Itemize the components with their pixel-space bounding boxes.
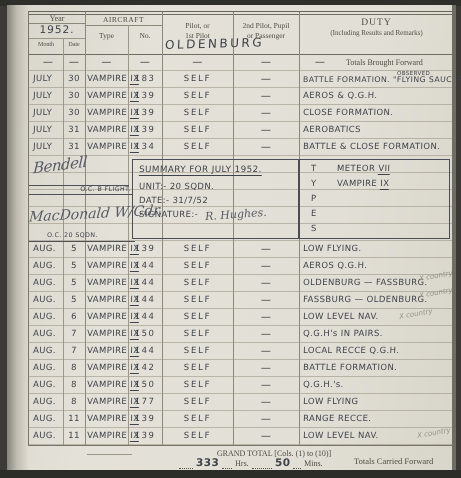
aircraft-no-cell: 139 [129,428,162,445]
summary-date: DATE:- 31/7/52 [139,196,208,206]
duty-subheader: (Including Results and Remarks) [299,29,454,37]
duty-cell: AEROS & Q.G.H. [303,88,454,105]
pilot-cell: SELF [162,258,234,275]
aircraft-type-entry: METEOR VII [337,164,391,174]
dotted-leader [252,459,272,469]
duty-cell: RANGE RECCE. [303,411,454,428]
log-row: AUG. 5 VAMPIRE IX 144 SELF — AEROS Q.G.H… [29,258,454,275]
date-cell: 7 [63,343,86,360]
month-cell: AUG. [33,241,64,258]
aircraft-no-cell: 134 [129,139,162,156]
log-row: AUG. 7 VAMPIRE IX 150 SELF — Q.G.H's IN … [29,326,454,343]
month-cell: JULY [33,122,64,139]
date-cell: 5 [63,258,86,275]
log-row: AUG. 8 VAMPIRE IX 150 SELF — Q.G.H.'s. [29,377,454,394]
dash: — [63,54,86,71]
summary-signature: R. Hughes. [205,206,267,223]
totals-brought-forward-row: — — — — — — — Totals Brought Forward [29,54,454,71]
pilot-cell: SELF [162,394,234,411]
log-row: JULY 30 VAMPIRE IX 139 SELF — CLOSE FORM… [29,105,454,122]
totals-brought-forward-label: Totals Brought Forward [346,54,451,71]
duty-cell: LOW FLYING [303,394,454,411]
grand-total-values: 333 Hrs. 50 Mins. [179,458,323,469]
dash: — [85,54,129,71]
aircraft-no-cell: 177 [129,394,162,411]
second-pilot-header-line1: 2nd Pilot, Pupil [233,21,299,30]
aircraft-no-cell: 144 [129,309,162,326]
dash: — [162,54,234,71]
aircraft-no-cell: 150 [129,326,162,343]
date-cell: 30 [63,88,86,105]
pilot-cell: SELF [162,411,234,428]
aircraft-no-cell: 139 [129,411,162,428]
month-cell: JULY [33,71,64,88]
aircraft-no-cell: 144 [129,258,162,275]
pilot-cell: SELF [162,139,234,156]
second-pilot-cell: — [233,360,300,377]
month-cell: AUG. [33,292,64,309]
aircraft-no-cell: 144 [129,275,162,292]
hours-unit-label: Hrs. [235,459,249,469]
log-row: JULY 31 VAMPIRE IX 134 SELF — BATTLE & C… [29,139,454,156]
aircraft-no-cell: 144 [129,292,162,309]
types-letter: Y [311,179,317,189]
grand-total-hours: 333 [196,458,220,469]
aircraft-no-cell: 142 [129,360,162,377]
date-cell: 30 [63,105,86,122]
month-cell: AUG. [33,360,64,377]
logbook-page: Year 1952. Month Date AIRCRAFT Type No. … [7,5,456,471]
pilot-cell: SELF [162,105,234,122]
date-cell: 8 [63,377,86,394]
duty-cell: BATTLE FORMATION. "FLYING SAUCER" [303,71,454,88]
date-cell: 5 [63,275,86,292]
aircraft-no-cell: 139 [129,122,162,139]
squadron-commander-title: O.C. 20 SQDN. [47,232,98,239]
no-header: No. [128,31,162,40]
log-row: AUG. 8 VAMPIRE IX 177 SELF — LOW FLYING [29,394,454,411]
duty-cell: AEROBATICS [303,122,454,139]
dotted-leader [179,459,193,469]
log-row: AUG. 5 VAMPIRE IX 139 SELF — LOW FLYING. [29,241,454,258]
second-pilot-cell: — [233,292,300,309]
second-pilot-cell: — [233,71,300,88]
aircraft-type-entry: VAMPIRE IX [337,179,390,189]
aircraft-header: AIRCRAFT [85,15,162,24]
second-pilot-cell: — [233,411,300,428]
totals-carried-forward-label: Totals Carried Forward [354,456,433,466]
month-header: Month [29,42,63,48]
date-cell: 31 [63,122,86,139]
pilot-cell: SELF [162,71,234,88]
log-row: AUG. 5 VAMPIRE IX 144 SELF — OLDENBURG —… [29,275,454,292]
summary-unit: UNIT:- 20 SQDN. [139,182,215,192]
pilot-cell: SELF [162,343,234,360]
second-pilot-cell: — [233,88,300,105]
month-cell: AUG. [33,428,64,445]
month-cell: AUG. [33,394,64,411]
pilot-cell: SELF [162,88,234,105]
month-cell: AUG. [33,309,64,326]
date-cell: 5 [63,292,86,309]
month-cell: AUG. [33,343,64,360]
dash: — [128,54,163,71]
log-table: Year 1952. Month Date AIRCRAFT Type No. … [28,11,455,446]
log-row: JULY 30 VAMPIRE IX 183 SELF — BATTLE FOR… [29,71,454,88]
duty-cell: CLOSE FORMATION. [303,105,454,122]
second-pilot-cell: — [233,394,300,411]
log-row: AUG. 8 VAMPIRE IX 142 SELF — BATTLE FORM… [29,360,454,377]
duty-cell: LOW FLYING. [303,241,454,258]
log-row: JULY 30 VAMPIRE IX 139 SELF — AEROS & Q.… [29,88,454,105]
second-pilot-cell: — [233,326,300,343]
second-pilot-cell: — [233,309,300,326]
types-letter: E [311,209,317,219]
second-pilot-cell: — [233,122,300,139]
duty-superscript: OBSERVED [397,70,430,78]
dash: — [233,54,300,71]
year-value: 1952. [29,24,85,36]
log-row: AUG. 6 VAMPIRE IX 144 SELF — LOW LEVEL N… [29,309,454,326]
month-cell: JULY [33,88,64,105]
flight-commander-title: O.C. B FLIGHT. [57,186,131,193]
log-row: AUG. 5 VAMPIRE IX 144 SELF — FASSBURG — … [29,292,454,309]
duty-cell: Q.G.H.'s. [303,377,454,394]
aircraft-no-cell: 139 [129,241,162,258]
aircraft-no-cell: 183 [129,71,162,88]
types-letter: T [311,164,317,174]
date-cell: 11 [63,411,86,428]
year-header: Year [29,14,85,23]
pilot-cell: SELF [162,326,234,343]
pilot-cell: SELF [162,292,234,309]
summary-box: SUMMARY FOR JULY 1952. UNIT:- 20 SQDN. D… [132,159,300,239]
pilot-cell: SELF [162,122,234,139]
second-pilot-cell: — [233,275,300,292]
types-letter: P [311,194,317,204]
pilot-cell: SELF [162,275,234,292]
aircraft-no-cell: 144 [129,343,162,360]
footer-rule [87,454,132,455]
types-letter: S [311,224,317,234]
pilot-cell: SELF [162,428,234,445]
second-pilot-cell: — [233,428,300,445]
aircraft-no-cell: 139 [129,88,162,105]
date-cell: 5 [63,241,86,258]
month-cell: AUG. [33,275,64,292]
month-cell: JULY [33,139,64,156]
pilot-cell: SELF [162,360,234,377]
dotted-leader [293,459,301,469]
second-pilot-cell: — [233,258,300,275]
date-cell: 11 [63,428,86,445]
month-cell: AUG. [33,377,64,394]
minutes-unit-label: Mins. [304,459,322,469]
duty-header: DUTY [299,18,454,28]
second-pilot-cell: — [233,105,300,122]
dash: — [305,54,336,71]
aircraft-no-cell: 150 [129,377,162,394]
date-cell: 8 [63,360,86,377]
duty-cell: BATTLE FORMATION. [303,360,454,377]
month-cell: AUG. [33,411,64,428]
dotted-leader [222,459,232,469]
summary-title: SUMMARY FOR JULY 1952. [139,165,262,176]
date-cell: 7 [63,326,86,343]
log-row: AUG. 11 VAMPIRE IX 139 SELF — LOW LEVEL … [29,428,454,445]
month-cell: AUG. [33,326,64,343]
duty-cell: LOCAL RECCE Q.G.H. [303,343,454,360]
summary-signature-label: SIGNATURE:- [139,210,198,220]
signature-underline [29,194,133,195]
grand-total-minutes: 50 [274,458,290,469]
second-pilot-cell: — [233,241,300,258]
pilot-header-line1: Pilot, or [162,21,233,30]
pilot-cell: SELF [162,377,234,394]
date-header: Date [63,42,85,48]
duty-cell: BATTLE & CLOSE FORMATION. [303,139,454,156]
second-pilot-header-line2: or Passenger [233,31,299,40]
second-pilot-cell: — [233,377,300,394]
month-cell: JULY [33,105,64,122]
date-cell: 6 [63,309,86,326]
logbook-photo: Year 1952. Month Date AIRCRAFT Type No. … [0,0,461,478]
aircraft-no-cell: 139 [129,105,162,122]
log-row: AUG. 7 VAMPIRE IX 144 SELF — LOCAL RECCE… [29,343,454,360]
type-header: Type [85,31,128,40]
log-row: JULY 31 VAMPIRE IX 139 SELF — AEROBATICS [29,122,454,139]
date-cell: 30 [63,71,86,88]
second-pilot-cell: — [233,343,300,360]
month-cell: AUG. [33,258,64,275]
date-cell: 8 [63,394,86,411]
pilot-cell: SELF [162,309,234,326]
pilot-cell: SELF [162,241,234,258]
second-pilot-cell: — [233,139,300,156]
dash: — [33,54,64,71]
log-row: AUG. 11 VAMPIRE IX 139 SELF — RANGE RECC… [29,411,454,428]
duty-cell: Q.G.H's IN PAIRS. [303,326,454,343]
aircraft-types-box: T Y P E S METEOR VII VAMPIRE IX [298,159,450,239]
